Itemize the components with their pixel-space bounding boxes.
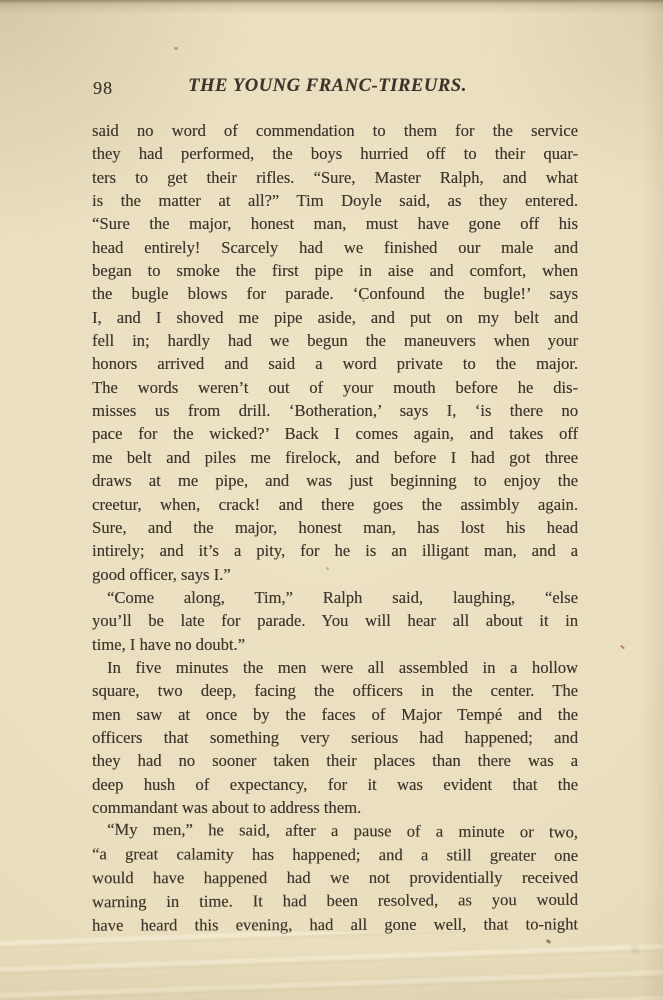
text-line: Sure, and the major, honest man, has los… [92, 516, 578, 539]
text-line: honors arrived and said a word private t… [92, 352, 578, 375]
text-line: draws at me pipe, and was just beginning… [92, 469, 578, 492]
page-header: 98 THE YOUNG FRANC-TIREURS. [0, 76, 663, 98]
text-line: “Sure the major, honest man, must have g… [92, 212, 578, 235]
text-line: misses us from drill. ‘Botheration,’ say… [92, 399, 578, 422]
pencil-mark [546, 939, 552, 944]
text-line: square, two deep, facing the officers in… [92, 679, 578, 702]
text-line: intirely; and it’s a pity, for he is an … [92, 539, 578, 562]
text-line: is the matter at all?” Tim Doyle said, a… [92, 189, 578, 212]
text-line: began to smoke the first pipe in aise an… [92, 259, 578, 282]
text-line: “a great calamity has happened; and a st… [92, 842, 578, 867]
text-line: would have happened had we not provident… [92, 866, 578, 890]
text-line: time, I have no doubt.” [92, 633, 578, 656]
text-line: warning in time. It had been resolved, a… [92, 888, 578, 914]
text-line: have heard this evening, had all gone we… [92, 912, 578, 937]
paper-speck [174, 47, 178, 50]
text-line: me belt and piles me firelock, and befor… [92, 446, 578, 469]
text-line: pace for the wicked?’ Back I comes again… [92, 422, 578, 445]
text-line: creetur, when, crack! and there goes the… [92, 493, 578, 516]
text-line: ters to get their rifles. “Sure, Master … [92, 166, 578, 189]
text-line: said no word of commendation to them for… [92, 119, 578, 142]
book-page: 98 THE YOUNG FRANC-TIREURS. said no word… [0, 0, 663, 1000]
text-line: commandant was about to address them. [92, 796, 578, 819]
page-curl-shading [0, 932, 663, 1000]
paper-speck [620, 645, 625, 650]
text-line: The words weren’t out of your mouth befo… [92, 376, 578, 399]
text-line: men saw at once by the faces of Major Te… [92, 703, 578, 726]
text-line: deep hush of expectancy, for it was evid… [92, 773, 578, 796]
text-line: “Come along, Tim,” Ralph said, laughing,… [92, 586, 578, 609]
text-line: good officer, says I.” [92, 563, 578, 586]
text-line: head entirely! Scarcely had we finished … [92, 236, 578, 259]
text-line: you’ll be late for parade. You will hear… [92, 609, 578, 632]
text-line: fell in; hardly had we begun the maneuve… [92, 329, 578, 352]
text-line: they had performed, the boys hurried off… [92, 142, 578, 165]
body-text: said no word of commendation to them for… [92, 119, 578, 936]
text-line: I, and I shoved me pipe aside, and put o… [92, 306, 578, 329]
text-line: “My men,” he said, after a pause of a mi… [92, 818, 578, 844]
text-line: officers that something very serious had… [92, 726, 578, 749]
text-line: the bugle blows for parade. ‘Confound th… [92, 282, 578, 305]
text-line: they had no sooner taken their places th… [92, 749, 578, 772]
running-title: THE YOUNG FRANC-TIREURS. [0, 76, 655, 97]
paper-stain [628, 942, 642, 956]
text-line: In five minutes the men were all assembl… [92, 656, 578, 679]
